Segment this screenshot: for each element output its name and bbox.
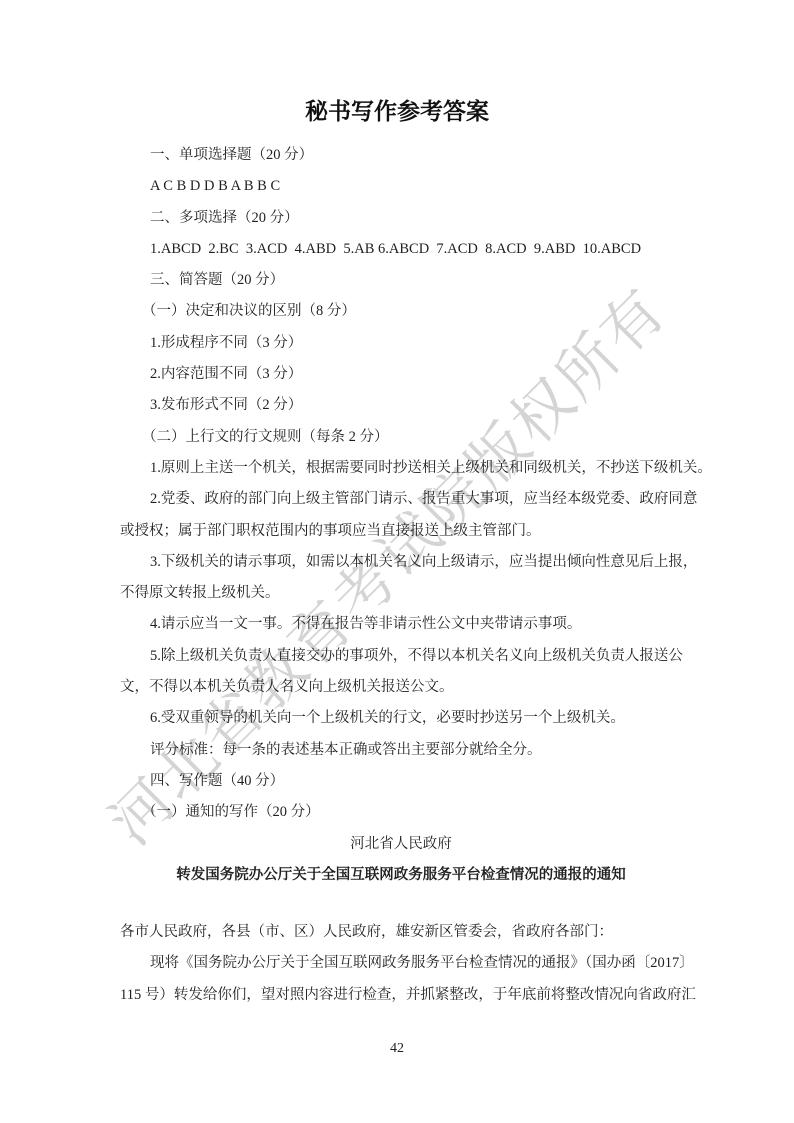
q3-part1-heading: （一）决定和决议的区别（8 分）: [120, 296, 682, 327]
document-body: 一、单项选择题（20 分） A C B D D B A B B C 二、多项选择…: [0, 140, 794, 1011]
q3-part2-rule-6: 6.受双重领导的机关向一个上级机关的行文，必要时抄送另一个上级机关。: [120, 703, 682, 734]
notice-body-line-2: 115 号）转发给你们，望对照内容进行检查，并抓紧整改，于年底前将整改情况向省政…: [120, 980, 682, 1011]
q3-part2-rule-3-continuation: 不得原文转报上级机关。: [120, 578, 682, 609]
q3-part2-heading: （二）上行文的行文规则（每条 2 分）: [120, 422, 682, 453]
notice-body-line-1: 现将《国务院办公厅关于全国互联网政务服务平台检查情况的通报》（国办函〔2017〕: [120, 948, 682, 979]
q3-part2-rule-1: 1.原则上主送一个机关，根据需要同时抄送相关上级机关和同级机关，不抄送下级机关。: [120, 453, 682, 484]
q3-part2-scoring-note: 评分标准：每一条的表述基本正确或答出主要部分就给全分。: [120, 735, 682, 766]
section-4-heading: 四、写作题（40 分）: [120, 766, 682, 797]
notice-salutation: 各市人民政府，各县（市、区）人民政府，雄安新区管委会，省政府各部门：: [120, 917, 682, 948]
document-page: 河北省教育考试院版权所有 秘书写作参考答案 一、单项选择题（20 分） A C …: [0, 0, 794, 1123]
section-3-heading: 三、简答题（20 分）: [120, 265, 682, 296]
section-2-heading: 二、多项选择（20 分）: [120, 203, 682, 234]
page-title: 秘书写作参考答案: [0, 96, 794, 126]
page-number: 42: [0, 1041, 794, 1057]
blank-line: [120, 891, 682, 917]
q3-part2-rule-5: 5.除上级机关负责人直接交办的事项外，不得以本机关名义向上级机关负责人报送公: [120, 641, 682, 672]
q3-part2-rule-4: 4.请示应当一文一事。不得在报告等非请示性公文中夹带请示事项。: [120, 609, 682, 640]
q3-part2-rule-2: 2.党委、政府的部门向上级主管部门请示、报告重大事项，应当经本级党委、政府同意: [120, 484, 682, 515]
q3-part2-rule-2-continuation: 或授权；属于部门职权范围内的事项应当直接报送上级主管部门。: [120, 516, 682, 547]
section-1-heading: 一、单项选择题（20 分）: [120, 140, 682, 171]
section-2-answer-key: 1.ABCD 2.BC 3.ACD 4.ABD 5.AB 6.ABCD 7.AC…: [120, 234, 682, 265]
q3-part1-point-3: 3.发布形式不同（2 分）: [120, 390, 682, 421]
notice-title: 转发国务院办公厅关于全国互联网政务服务平台检查情况的通报的通知: [120, 860, 682, 891]
notice-issuer: 河北省人民政府: [120, 829, 682, 860]
q3-part2-rule-5-continuation: 文，不得以本机关负责人名义向上级机关报送公文。: [120, 672, 682, 703]
q3-part2-rule-3: 3.下级机关的请示事项，如需以本机关名义向上级请示，应当提出倾向性意见后上报，: [120, 547, 682, 578]
q3-part1-point-2: 2.内容范围不同（3 分）: [120, 359, 682, 390]
section-1-answer-key: A C B D D B A B B C: [120, 171, 682, 202]
q3-part1-point-1: 1.形成程序不同（3 分）: [120, 328, 682, 359]
q4-part1-heading: （一）通知的写作（20 分）: [120, 797, 682, 828]
